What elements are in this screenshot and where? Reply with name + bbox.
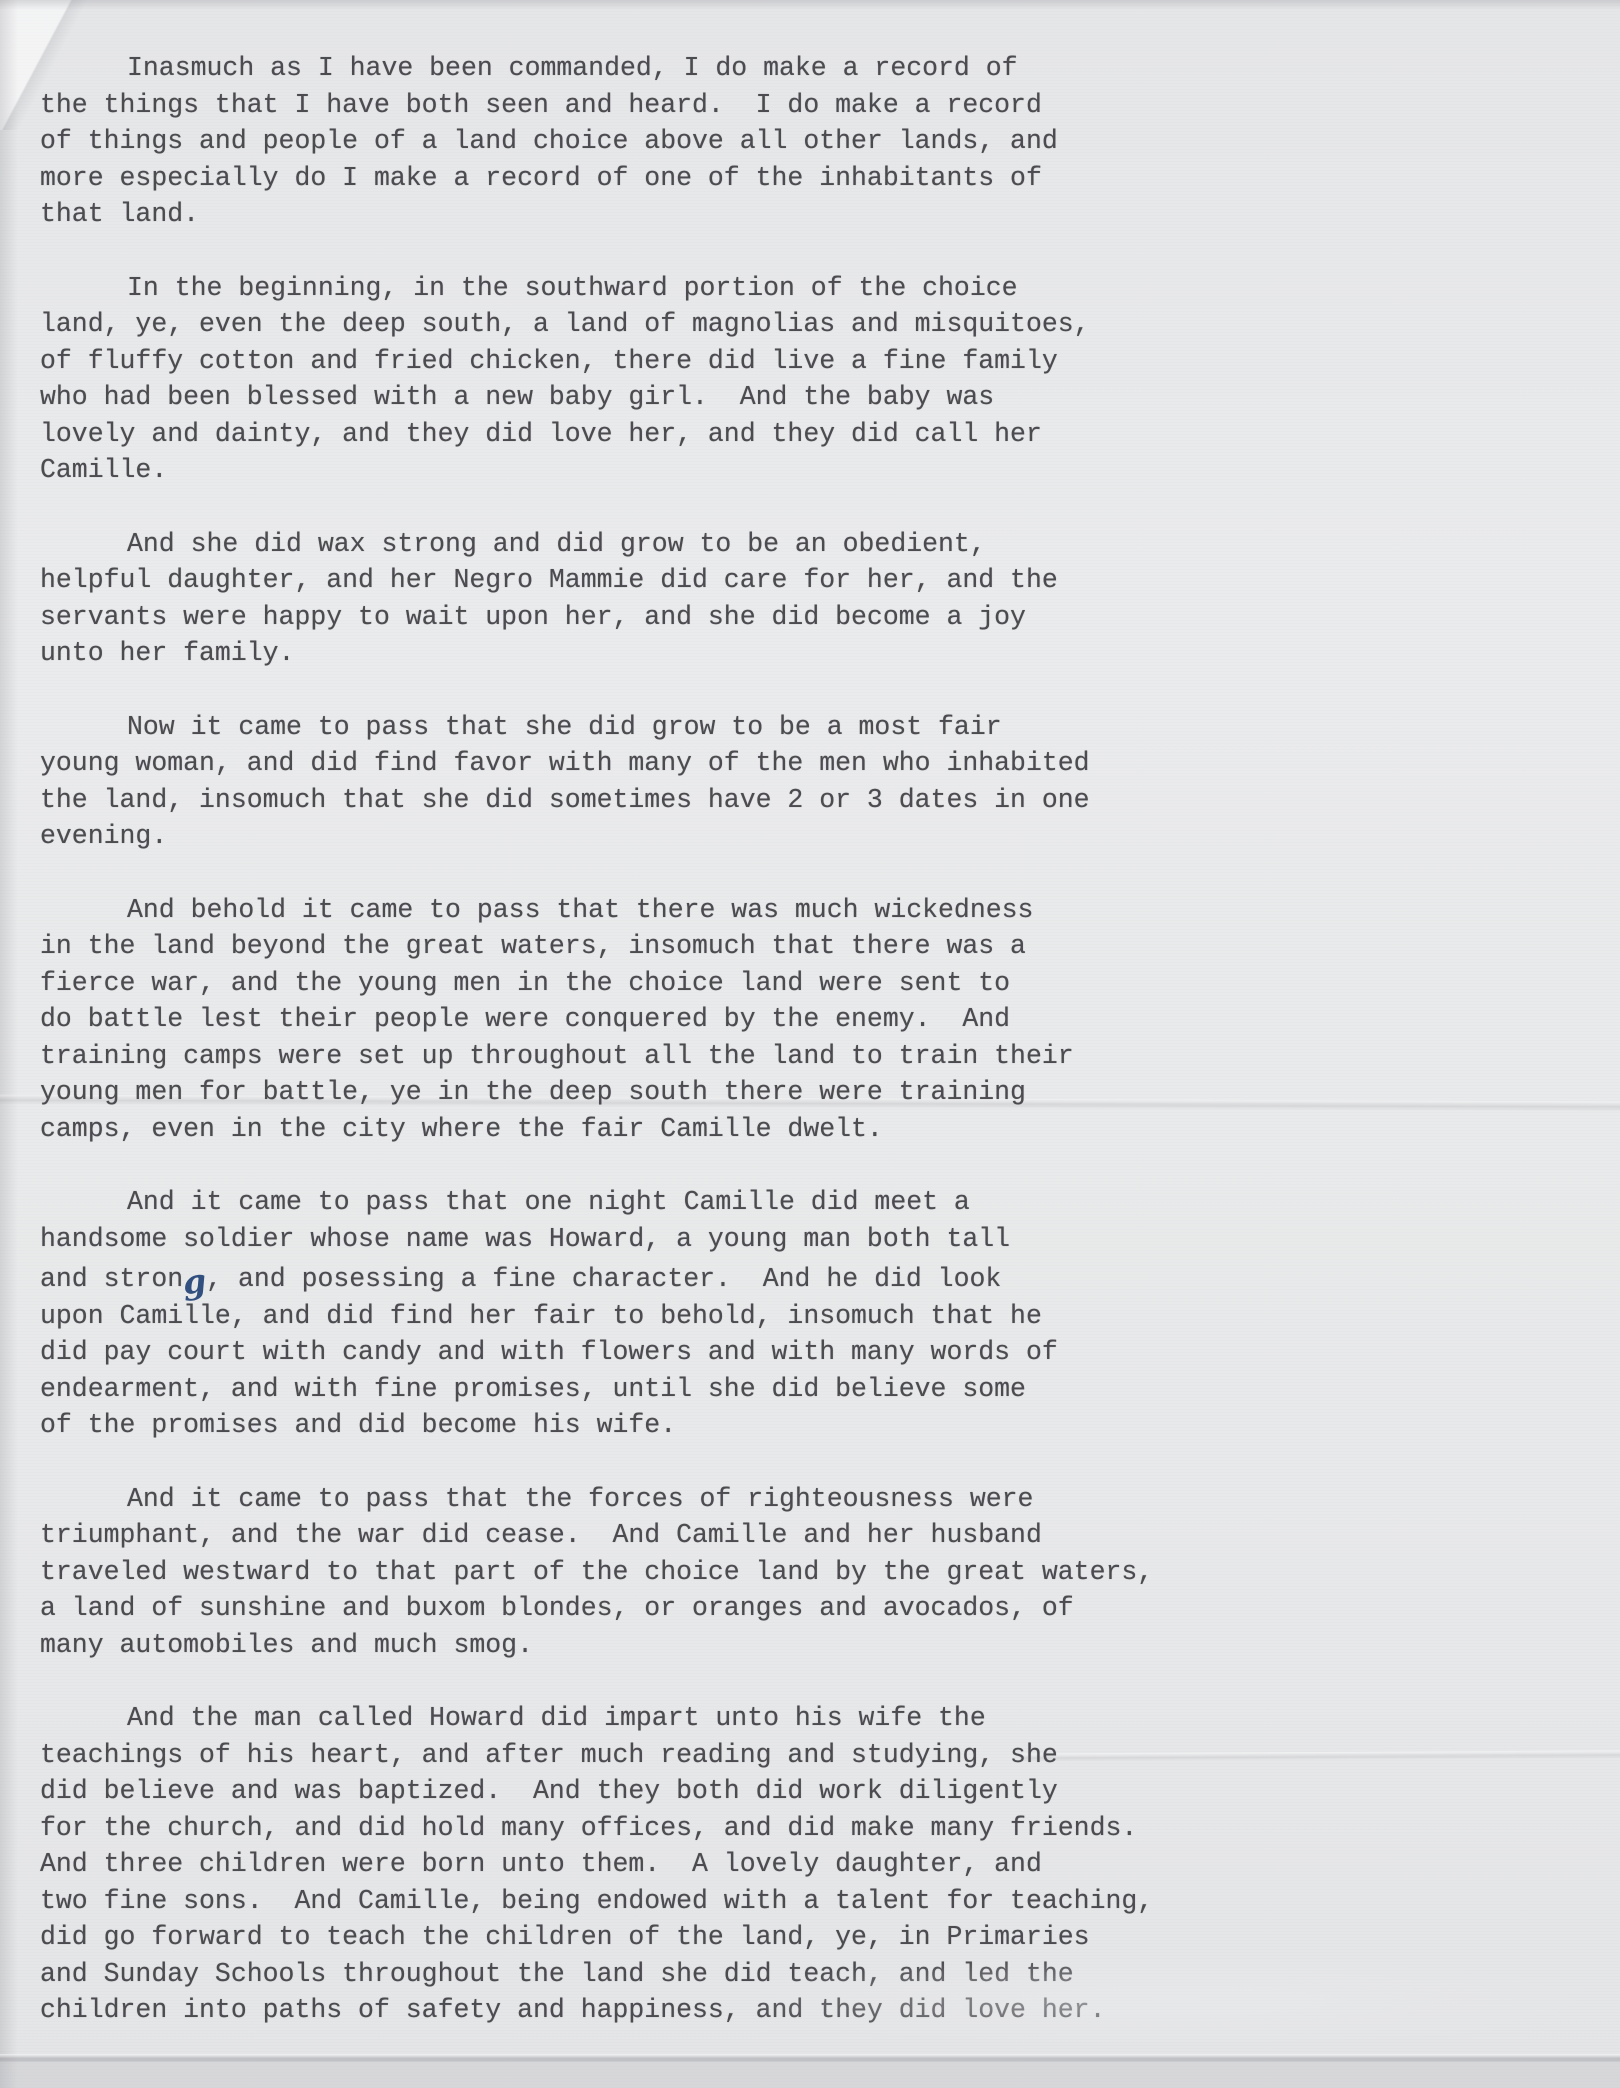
text-line: the land, insomuch that she did sometime… (40, 782, 1220, 819)
text-line: unto her family. (40, 635, 1220, 672)
text-line: training camps were set up throughout al… (40, 1038, 1220, 1075)
text-line: Now it came to pass that she did grow to… (40, 709, 1220, 746)
text-line: In the beginning, in the southward porti… (40, 270, 1220, 307)
text-line: endearment, and with fine promises, unti… (40, 1371, 1220, 1408)
text-line: of things and people of a land choice ab… (40, 123, 1220, 160)
text-line: And the man called Howard did impart unt… (40, 1700, 1220, 1737)
text-line: And she did wax strong and did grow to b… (40, 526, 1220, 563)
paragraph-4: Now it came to pass that she did grow to… (40, 709, 1220, 855)
text-line: land, ye, even the deep south, a land of… (40, 306, 1220, 343)
text-line: lovely and dainty, and they did love her… (40, 416, 1220, 453)
paper-fold-shadow-bottom (0, 2060, 1620, 2088)
text-line: handsome soldier whose name was Howard, … (40, 1221, 1220, 1258)
text-line: a land of sunshine and buxom blondes, or… (40, 1590, 1220, 1627)
paper-edge-shadow-left (0, 0, 18, 2088)
text-line: teachings of his heart, and after much r… (40, 1737, 1220, 1774)
text-line: of fluffy cotton and fried chicken, ther… (40, 343, 1220, 380)
paper-edge-shadow-top (0, 0, 1620, 10)
text-line: Inasmuch as I have been commanded, I do … (40, 50, 1220, 87)
paper-fold-line-bottom (0, 2054, 1620, 2062)
text-line: fierce war, and the young men in the cho… (40, 965, 1220, 1002)
text-line: that land. (40, 196, 1220, 233)
text-line: evening. (40, 818, 1220, 855)
text-line: did go forward to teach the children of … (40, 1919, 1220, 1956)
text-line: And behold it came to pass that there wa… (40, 892, 1220, 929)
text-line: more especially do I make a record of on… (40, 160, 1220, 197)
text-line: And it came to pass that the forces of r… (40, 1481, 1220, 1518)
paragraph-1: Inasmuch as I have been commanded, I do … (40, 50, 1220, 233)
text-line: for the church, and did hold many office… (40, 1810, 1220, 1847)
handwritten-g-correction: g (181, 1263, 208, 1302)
text-line: servants were happy to wait upon her, an… (40, 599, 1220, 636)
document-page: Inasmuch as I have been commanded, I do … (0, 0, 1620, 2088)
text-line: in the land beyond the great waters, ins… (40, 928, 1220, 965)
paragraph-6: And it came to pass that one night Camil… (40, 1184, 1220, 1444)
paragraph-7: And it came to pass that the forces of r… (40, 1481, 1220, 1664)
text-line: and Sunday Schools throughout the land s… (40, 1956, 1220, 1993)
text-line: camps, even in the city where the fair C… (40, 1111, 1220, 1148)
text-line: young men for battle, ye in the deep sou… (40, 1074, 1220, 1111)
text-line: traveled westward to that part of the ch… (40, 1554, 1220, 1591)
text-line: upon Camille, and did find her fair to b… (40, 1298, 1220, 1335)
text-line: children into paths of safety and happin… (40, 1992, 1220, 2029)
text-line: did pay court with candy and with flower… (40, 1334, 1220, 1371)
text-line: do battle lest their people were conquer… (40, 1001, 1220, 1038)
text-line: And it came to pass that one night Camil… (40, 1184, 1220, 1221)
paragraph-5: And behold it came to pass that there wa… (40, 892, 1220, 1148)
text-line: And three children were born unto them. … (40, 1846, 1220, 1883)
text-line: and strong, and posessing a fine charact… (40, 1257, 1220, 1298)
text-line: young woman, and did find favor with man… (40, 745, 1220, 782)
text-line: helpful daughter, and her Negro Mammie d… (40, 562, 1220, 599)
text-line: many automobiles and much smog. (40, 1627, 1220, 1664)
text-line: who had been blessed with a new baby gir… (40, 379, 1220, 416)
text-line: of the promises and did become his wife. (40, 1407, 1220, 1444)
paragraph-3: And she did wax strong and did grow to b… (40, 526, 1220, 672)
typed-text: Inasmuch as I have been commanded, I do … (40, 50, 1220, 2029)
text-line: triumphant, and the war did cease. And C… (40, 1517, 1220, 1554)
paragraph-2: In the beginning, in the southward porti… (40, 270, 1220, 489)
text-line: two fine sons. And Camille, being endowe… (40, 1883, 1220, 1920)
paragraph-8: And the man called Howard did impart unt… (40, 1700, 1220, 2029)
text-line: did believe and was baptized. And they b… (40, 1773, 1220, 1810)
text-line: Camille. (40, 452, 1220, 489)
text-line: the things that I have both seen and hea… (40, 87, 1220, 124)
